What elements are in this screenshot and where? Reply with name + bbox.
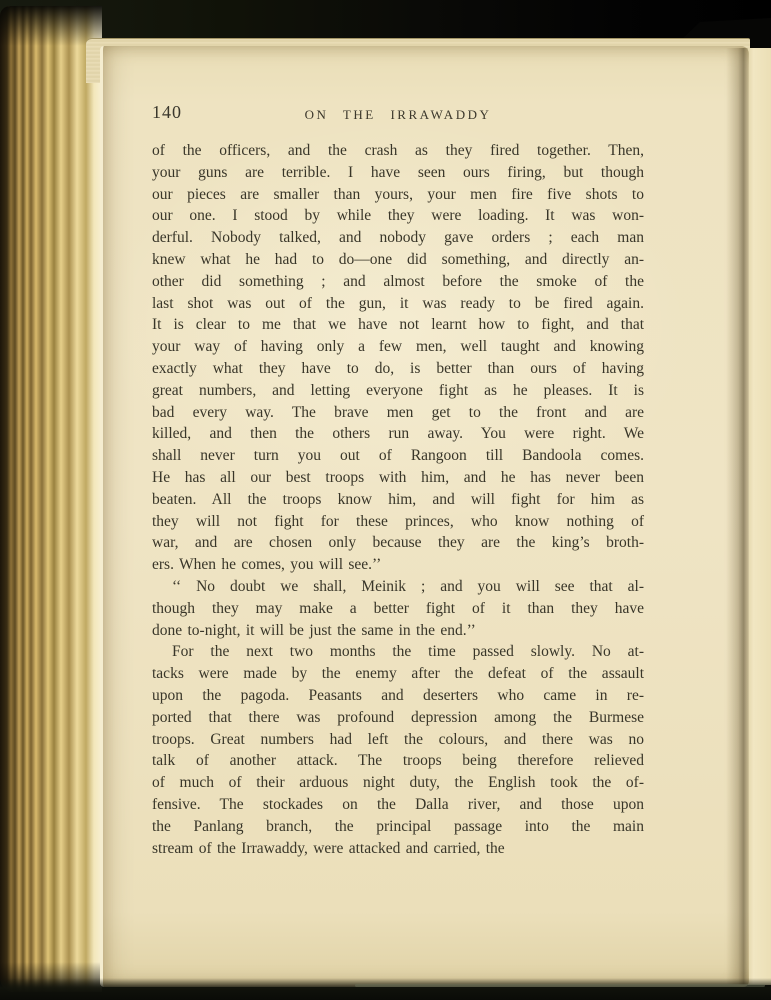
text-line: For the next two months the time passed …	[152, 641, 644, 663]
text-line: knew what he had to do—one did something…	[152, 249, 644, 271]
scanned-book-photo: 140 ON THE IRRAWADDY of the officers, an…	[0, 0, 771, 1000]
text-line: ers. When he comes, you will see.’’	[152, 554, 644, 576]
text-line: of much of their arduous night duty, the…	[152, 772, 644, 794]
text-line: talk of another attack. The troops being…	[152, 750, 644, 772]
text-line: derful. Nobody talked, and nobody gave o…	[152, 227, 644, 249]
text-line: ‘‘ No doubt we shall, Meinik ; and you w…	[152, 576, 644, 598]
text-line: the Panlang branch, the principal passag…	[152, 816, 644, 838]
text-line: He has all our best troops with him, and…	[152, 467, 644, 489]
text-line: shall never turn you out of Rangoon till…	[152, 445, 644, 467]
text-line: your way of having only a few men, well …	[152, 336, 644, 358]
text-line: troops. Great numbers had left the colou…	[152, 729, 644, 751]
text-line: It is clear to me that we have not learn…	[152, 314, 644, 336]
text-line: our one. I stood by while they were load…	[152, 205, 644, 227]
bottom-page-edge-highlight	[355, 984, 765, 987]
page-crease-shadow	[726, 48, 748, 985]
text-line: your guns are terrible. I have seen ours…	[152, 162, 644, 184]
text-line: stream of the Irrawaddy, were attacked a…	[152, 838, 644, 860]
text-line: though they may make a better fight of i…	[152, 598, 644, 620]
page-edge-stack-left	[0, 6, 102, 992]
text-line: killed, and then the others run away. Yo…	[152, 423, 644, 445]
text-line: great numbers, and letting everyone figh…	[152, 380, 644, 402]
text-line: beaten. All the troops know him, and wil…	[152, 489, 644, 511]
text-line: ported that there was profound depressio…	[152, 707, 644, 729]
text-line: war, and are chosen only because they ar…	[152, 532, 644, 554]
text-line: upon the pagoda. Peasants and deserters …	[152, 685, 644, 707]
running-header: ON THE IRRAWADDY	[152, 107, 644, 123]
book-cover-bottom	[0, 978, 771, 1000]
text-line: other did something ; and almost before …	[152, 271, 644, 293]
text-line: exactly what they have to do, is better …	[152, 358, 644, 380]
text-line: fensive. The stockades on the Dalla rive…	[152, 794, 644, 816]
text-line: last shot was out of the gun, it was rea…	[152, 293, 644, 315]
text-line: of the officers, and the crash as they f…	[152, 140, 644, 162]
text-line: they will not fight for these princes, w…	[152, 511, 644, 533]
text-line: tacks were made by the enemy after the d…	[152, 663, 644, 685]
text-line: bad every way. The brave men get to the …	[152, 402, 644, 424]
text-block: of the officers, and the crash as they f…	[152, 140, 644, 859]
text-line: our pieces are smaller than yours, your …	[152, 184, 644, 206]
text-line: done to-night, it will be just the same …	[152, 620, 644, 642]
